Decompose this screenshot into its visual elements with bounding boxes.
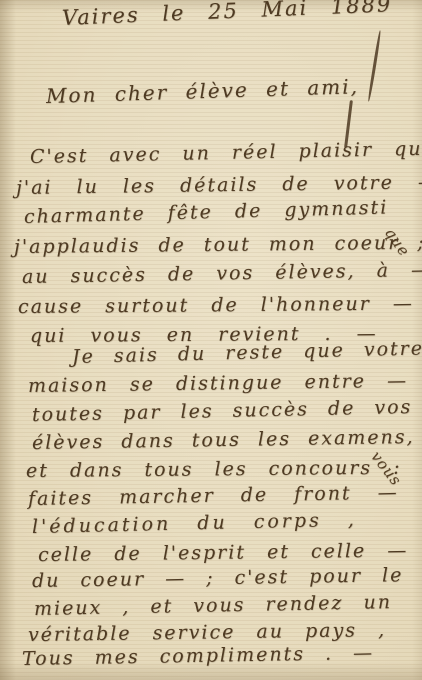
- letter-line: celle de l'esprit et celle —: [38, 541, 409, 565]
- letter-line: au succès de vos élèves, à —: [22, 261, 422, 287]
- letter-line: maison se distingue entre —: [28, 372, 408, 396]
- letter-line: j'ai lu les détails de votre —: [16, 173, 422, 198]
- salutation: Mon cher élève et ami,: [46, 76, 360, 106]
- dateline: Vaires le 25 Mai 1889: [62, 0, 393, 29]
- numeral-tail-flourish: [367, 30, 381, 102]
- letter-line: toutes par les succès de vos: [32, 398, 413, 425]
- letter-line: mieux , et vous rendez un: [34, 593, 392, 619]
- letter-line: cause surtout de l'honneur —: [18, 295, 414, 317]
- letter-line: charmante fête de gymnasti: [24, 198, 389, 227]
- letter-line: faites marcher de front —: [28, 484, 399, 509]
- letter-line: élèves dans tous les examens,: [32, 428, 415, 453]
- letter-line: l'éducation du corps ,: [32, 511, 357, 537]
- letter-line: j'applaudis de tout mon coeur ;: [14, 234, 422, 257]
- letter-line: C'est avec un réel plaisir que: [30, 140, 422, 167]
- letter-line: et dans tous les concours :: [26, 459, 402, 481]
- letter-line: Tous mes compliments . —: [22, 644, 374, 669]
- letter-line: du coeur — ; c'est pour le: [32, 566, 404, 591]
- letter-line: véritable service au pays ,: [28, 621, 386, 645]
- letter-page: Vaires le 25 Mai 1889 Mon cher élève et …: [0, 0, 422, 680]
